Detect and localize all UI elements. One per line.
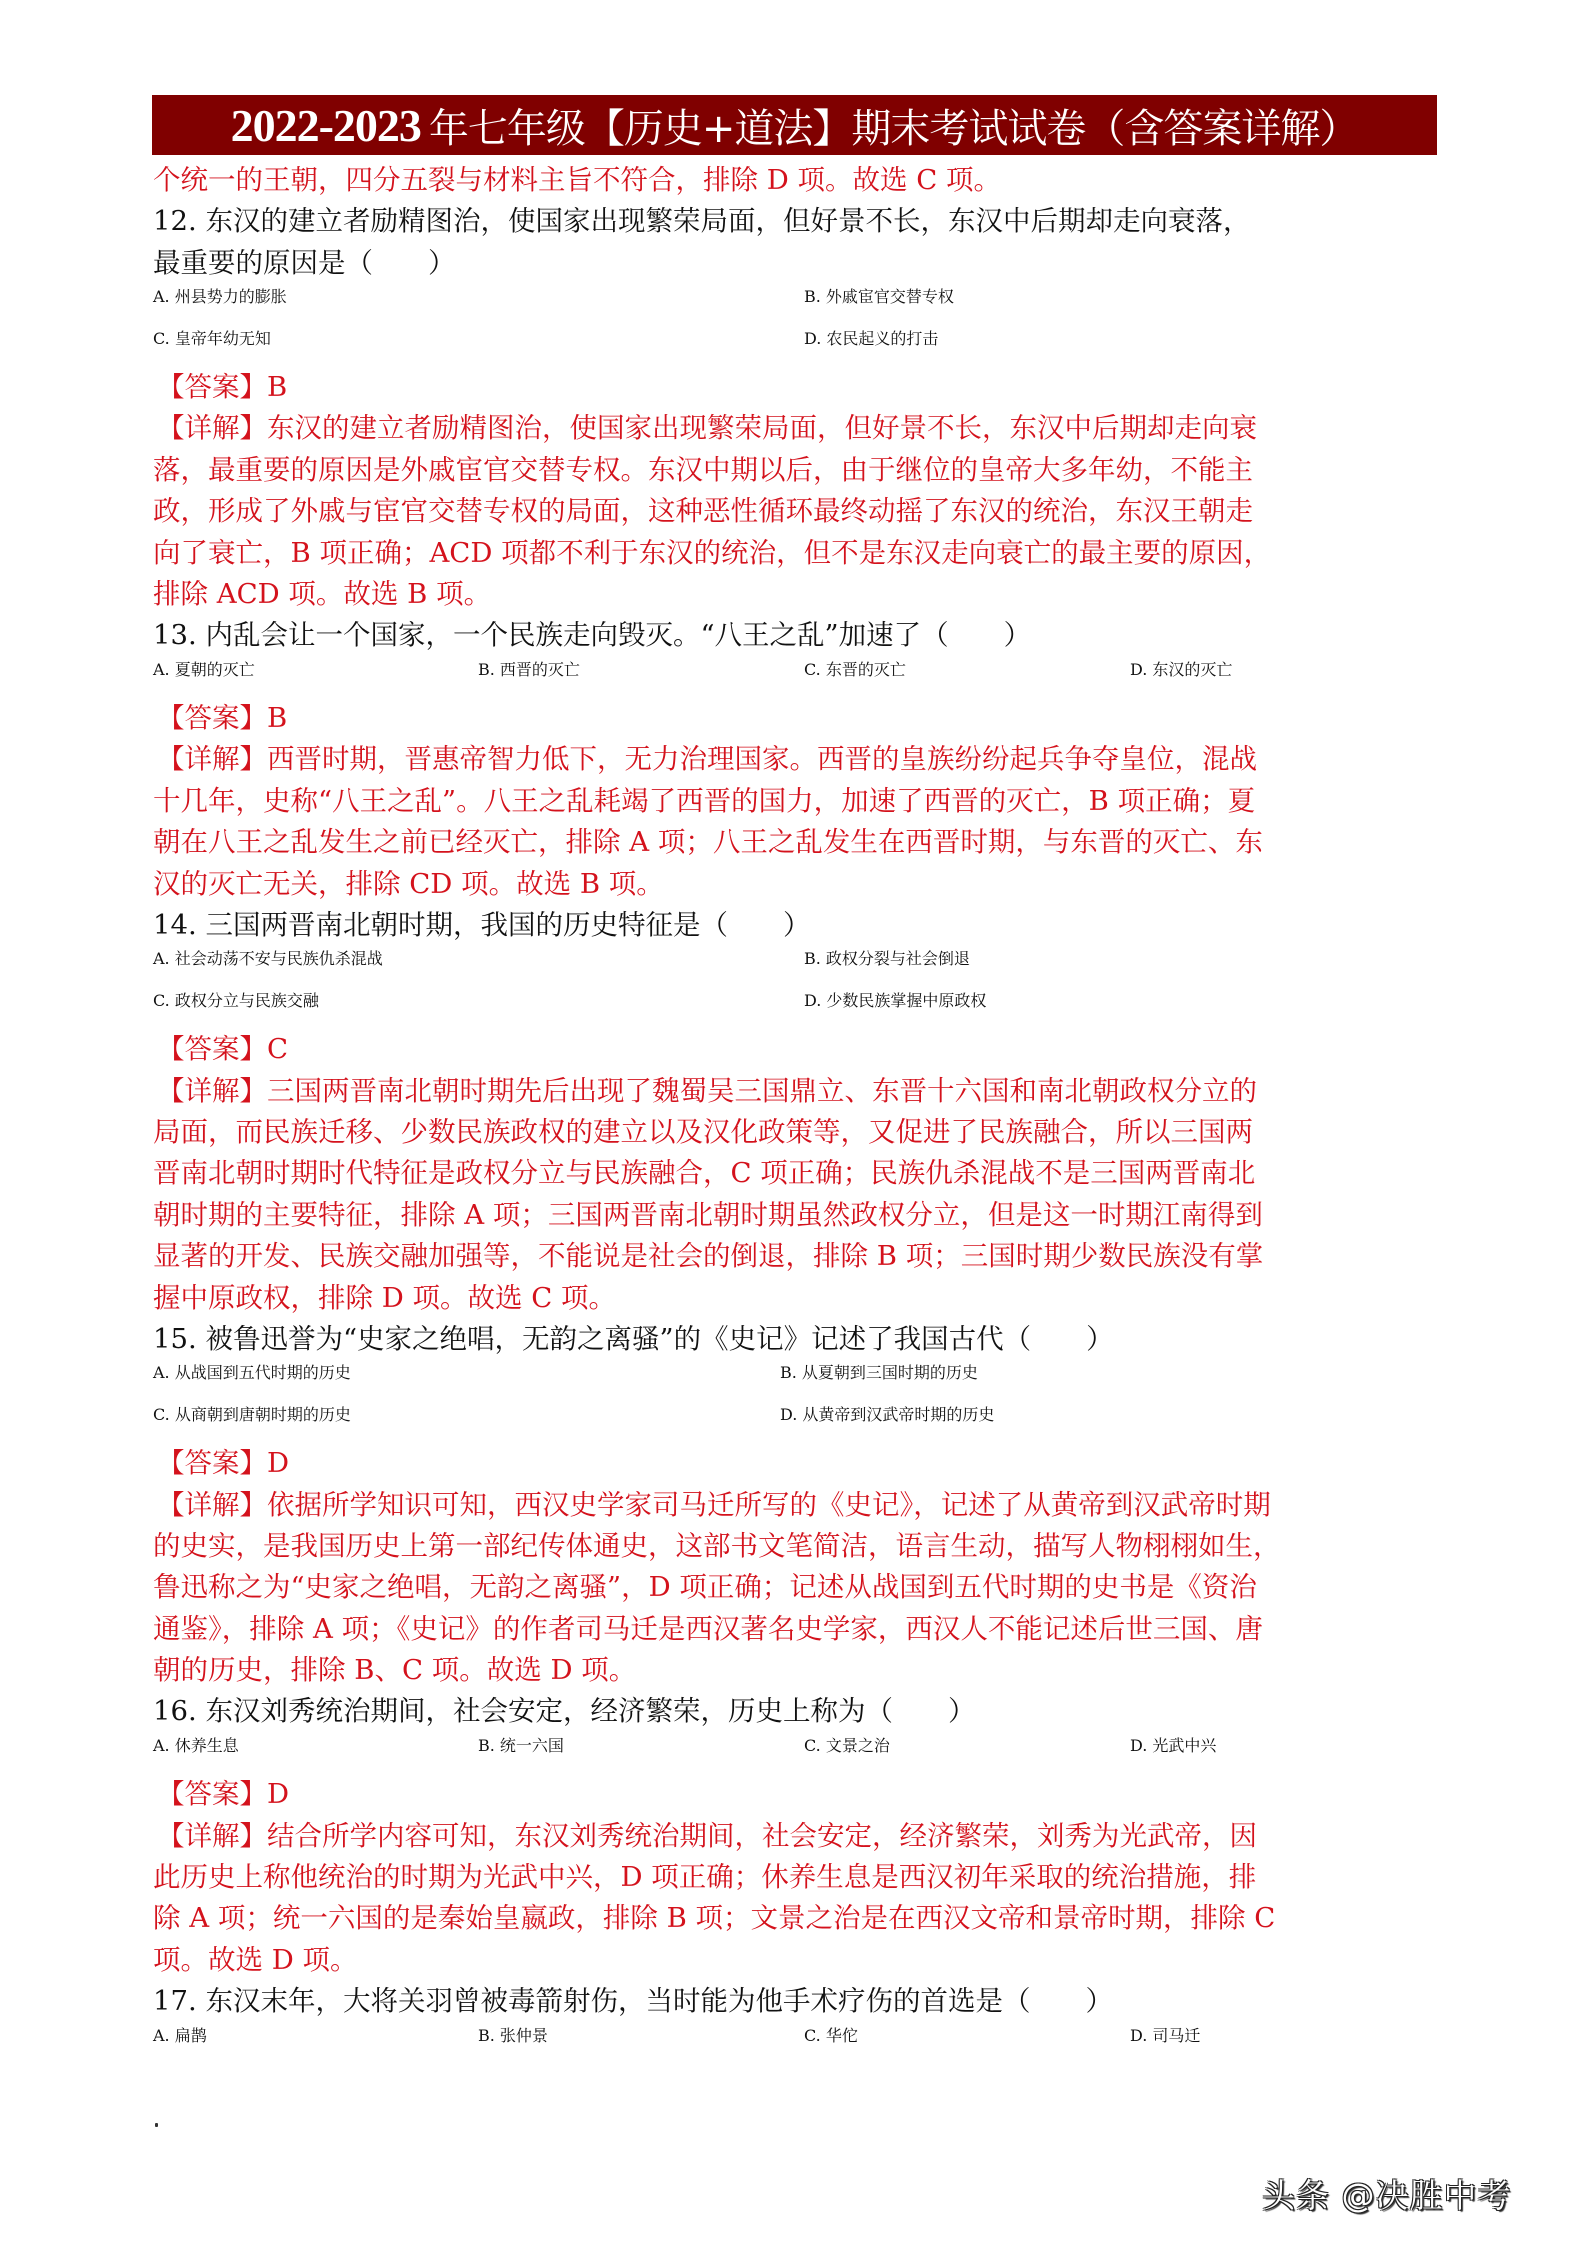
detail-text: 结合所学内容可知，东汉刘秀统治期间，社会安定，经济繁荣，刘秀为光武帝，因 bbox=[267, 1820, 1257, 1852]
answer-label: 【答案】 bbox=[157, 702, 267, 734]
question-stem: 13. 内乱会让一个国家，一个民族走向毁灭。“八王之乱”加速了（ ） bbox=[153, 615, 1443, 656]
answer-line: 【答案】B bbox=[153, 367, 1443, 408]
detail-line: 晋南北朝时期时代特征是政权分立与民族融合，C 项正确；民族仇杀混战不是三国两晋南… bbox=[153, 1153, 1443, 1194]
detail-text: 依据所学知识可知，西汉史学家司马迁所写的《史记》，记述了从黄帝到汉武帝时期 bbox=[267, 1489, 1271, 1521]
option-d: D. 少数民族掌握中原政权 bbox=[804, 988, 986, 1011]
detail-label: 【详解】 bbox=[157, 743, 267, 775]
title-text: 年七年级【历史+道法】期末考试试卷（含答案详解） bbox=[429, 97, 1359, 154]
option-a: A. 夏朝的灭亡 bbox=[153, 657, 255, 680]
answer-value: C bbox=[267, 1033, 288, 1065]
detail-line: 【详解】依据所学知识可知，西汉史学家司马迁所写的《史记》，记述了从黄帝到汉武帝时… bbox=[153, 1485, 1443, 1526]
detail-line: 汉的灭亡无关，排除 CD 项。故选 B 项。 bbox=[153, 864, 1443, 905]
title-year: 2022-2023 bbox=[231, 99, 421, 152]
option-b: B. 西晋的灭亡 bbox=[478, 657, 580, 680]
answer-value: B bbox=[267, 702, 287, 734]
option-a: A. 扁鹊 bbox=[153, 2023, 207, 2046]
detail-line: 除 A 项；统一六国的是秦始皇嬴政，排除 B 项；文景之治是在西汉文帝和景帝时期… bbox=[153, 1898, 1443, 1939]
detail-line: 局面，而民族迁移、少数民族政权的建立以及汉化政策等，又促进了民族融合，所以三国两 bbox=[153, 1112, 1443, 1153]
detail-line: 排除 ACD 项。故选 B 项。 bbox=[153, 574, 1443, 615]
answer-label: 【答案】 bbox=[157, 371, 267, 403]
exam-content: 个统一的王朝，四分五裂与材料主旨不符合，排除 D 项。故选 C 项。 12. 东… bbox=[153, 160, 1443, 2064]
detail-line: 政，形成了外戚与宦官交替专权的局面，这种恶性循环最终动摇了东汉的统治，东汉王朝走 bbox=[153, 491, 1443, 532]
answer-line: 【答案】C bbox=[153, 1029, 1443, 1070]
detail-line: 十几年，史称“八王之乱”。八王之乱耗竭了西晋的国力，加速了西晋的灭亡，B 项正确… bbox=[153, 781, 1443, 822]
detail-line: 【详解】结合所学内容可知，东汉刘秀统治期间，社会安定，经济繁荣，刘秀为光武帝，因 bbox=[153, 1816, 1443, 1857]
exam-title-banner: 2022-2023 年七年级【历史+道法】期末考试试卷（含答案详解） bbox=[152, 95, 1437, 155]
question-16: 16. 东汉刘秀统治期间，社会安定，经济繁荣，历史上称为（ ） A. 休养生息B… bbox=[153, 1691, 1443, 1981]
question-stem: 17. 东汉末年，大将关羽曾被毒箭射伤，当时能为他手术疗伤的首选是（ ） bbox=[153, 1981, 1443, 2022]
detail-text: 三国两晋南北朝时期先后出现了魏蜀吴三国鼎立、东晋十六国和南北朝政权分立的 bbox=[267, 1075, 1257, 1107]
watermark: 头条 @决胜中考 bbox=[1262, 2170, 1512, 2217]
option-a: A. 从战国到五代时期的历史 bbox=[153, 1360, 351, 1383]
question-stem: 16. 东汉刘秀统治期间，社会安定，经济繁荣，历史上称为（ ） bbox=[153, 1691, 1443, 1732]
option-d: D. 司马迁 bbox=[1130, 2023, 1200, 2046]
detail-line: 显著的开发、民族交融加强等，不能说是社会的倒退，排除 B 项；三国时期少数民族没… bbox=[153, 1236, 1443, 1277]
detail-label: 【详解】 bbox=[157, 1489, 267, 1521]
answer-label: 【答案】 bbox=[157, 1033, 267, 1065]
question-stem: 12. 东汉的建立者励精图治，使国家出现繁荣局面，但好景不长，东汉中后期却走向衰… bbox=[153, 201, 1443, 242]
detail-line: 向了衰亡，B 项正确；ACD 项都不利于东汉的统治，但不是东汉走向衰亡的最主要的… bbox=[153, 533, 1443, 574]
question-13: 13. 内乱会让一个国家，一个民族走向毁灭。“八王之乱”加速了（ ） A. 夏朝… bbox=[153, 615, 1443, 905]
answer-value: D bbox=[267, 1447, 289, 1479]
answer-value: B bbox=[267, 371, 287, 403]
option-b: B. 从夏朝到三国时期的历史 bbox=[780, 1360, 978, 1383]
option-d: D. 东汉的灭亡 bbox=[1130, 657, 1232, 680]
option-b: B. 张仲景 bbox=[478, 2023, 548, 2046]
detail-label: 【详解】 bbox=[157, 1820, 267, 1852]
option-a: A. 休养生息 bbox=[153, 1733, 239, 1756]
previous-detail-continuation: 个统一的王朝，四分五裂与材料主旨不符合，排除 D 项。故选 C 项。 bbox=[153, 160, 1443, 201]
answer-line: 【答案】B bbox=[153, 698, 1443, 739]
question-15: 15. 被鲁迅誉为“史家之绝唱，无韵之离骚”的《史记》记述了我国古代（ ） A.… bbox=[153, 1319, 1443, 1692]
answer-label: 【答案】 bbox=[157, 1447, 267, 1479]
option-d: D. 农民起义的打击 bbox=[804, 326, 938, 349]
detail-line: 【详解】三国两晋南北朝时期先后出现了魏蜀吴三国鼎立、东晋十六国和南北朝政权分立的 bbox=[153, 1071, 1443, 1112]
detail-label: 【详解】 bbox=[157, 412, 267, 444]
detail-line: 朝的历史，排除 B、C 项。故选 D 项。 bbox=[153, 1650, 1443, 1691]
detail-line: 握中原政权，排除 D 项。故选 C 项。 bbox=[153, 1278, 1443, 1319]
question-12: 12. 东汉的建立者励精图治，使国家出现繁荣局面，但好景不长，东汉中后期却走向衰… bbox=[153, 201, 1443, 615]
option-b: B. 政权分裂与社会倒退 bbox=[804, 946, 970, 969]
detail-line: 【详解】西晋时期，晋惠帝智力低下，无力治理国家。西晋的皇族纷纷起兵争夺皇位，混战 bbox=[153, 739, 1443, 780]
answer-label: 【答案】 bbox=[157, 1778, 267, 1810]
detail-text: 东汉的建立者励精图治，使国家出现繁荣局面，但好景不长，东汉中后期却走向衰 bbox=[267, 412, 1257, 444]
option-c: C. 华佗 bbox=[804, 2023, 858, 2046]
option-a: A. 州县势力的膨胀 bbox=[153, 284, 287, 307]
detail-line: 此历史上称他统治的时期为光武中兴，D 项正确；休养生息是西汉初年采取的统治措施，… bbox=[153, 1857, 1443, 1898]
option-c: C. 皇帝年幼无知 bbox=[153, 326, 271, 349]
detail-line: 项。故选 D 项。 bbox=[153, 1940, 1443, 1981]
question-stem: 最重要的原因是（ ） bbox=[153, 243, 1443, 284]
detail-label: 【详解】 bbox=[157, 1075, 267, 1107]
answer-line: 【答案】D bbox=[153, 1774, 1443, 1815]
detail-line: 落，最重要的原因是外戚宦官交替专权。东汉中期以后，由于继位的皇帝大多年幼，不能主 bbox=[153, 450, 1443, 491]
option-c: C. 政权分立与民族交融 bbox=[153, 988, 319, 1011]
option-c: C. 文景之治 bbox=[804, 1733, 890, 1756]
detail-line: 鲁迅称之为“史家之绝唱，无韵之离骚”，D 项正确；记述从战国到五代时期的史书是《… bbox=[153, 1567, 1443, 1608]
detail-line: 朝在八王之乱发生之前已经灭亡，排除 A 项；八王之乱发生在西晋时期，与东晋的灭亡… bbox=[153, 822, 1443, 863]
answer-line: 【答案】D bbox=[153, 1443, 1443, 1484]
question-17: 17. 东汉末年，大将关羽曾被毒箭射伤，当时能为他手术疗伤的首选是（ ） A. … bbox=[153, 1981, 1443, 2064]
detail-line: 通鉴》，排除 A 项；《史记》的作者司马迁是西汉著名史学家，西汉人不能记述后世三… bbox=[153, 1609, 1443, 1650]
option-c: C. 从商朝到唐朝时期的历史 bbox=[153, 1402, 351, 1425]
option-a: A. 社会动荡不安与民族仇杀混战 bbox=[153, 946, 383, 969]
answer-value: D bbox=[267, 1778, 289, 1810]
detail-line: 【详解】东汉的建立者励精图治，使国家出现繁荣局面，但好景不长，东汉中后期却走向衰 bbox=[153, 408, 1443, 449]
detail-text: 西晋时期，晋惠帝智力低下，无力治理国家。西晋的皇族纷纷起兵争夺皇位，混战 bbox=[267, 743, 1257, 775]
option-b: B. 统一六国 bbox=[478, 1733, 564, 1756]
question-14: 14. 三国两晋南北朝时期，我国的历史特征是（ ） A. 社会动荡不安与民族仇杀… bbox=[153, 905, 1443, 1319]
detail-line: 朝时期的主要特征，排除 A 项；三国两晋南北朝时期虽然政权分立，但是这一时期江南… bbox=[153, 1195, 1443, 1236]
option-d: D. 光武中兴 bbox=[1130, 1733, 1216, 1756]
question-stem: 14. 三国两晋南北朝时期，我国的历史特征是（ ） bbox=[153, 905, 1443, 946]
option-b: B. 外戚宦官交替专权 bbox=[804, 284, 954, 307]
page-dot bbox=[155, 2123, 158, 2127]
detail-line: 的史实，是我国历史上第一部纪传体通史，这部书文笔简洁，语言生动，描写人物栩栩如生… bbox=[153, 1526, 1443, 1567]
option-c: C. 东晋的灭亡 bbox=[804, 657, 906, 680]
question-stem: 15. 被鲁迅誉为“史家之绝唱，无韵之离骚”的《史记》记述了我国古代（ ） bbox=[153, 1319, 1443, 1360]
option-d: D. 从黄帝到汉武帝时期的历史 bbox=[780, 1402, 994, 1425]
